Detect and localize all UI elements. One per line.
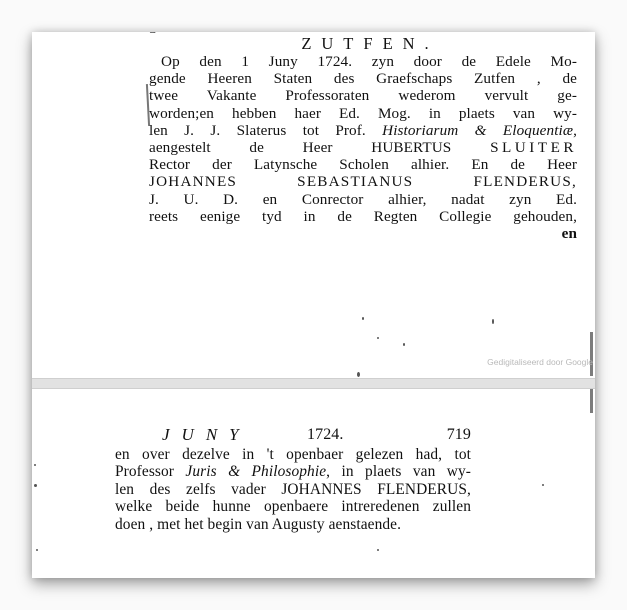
text-line: Op den 1 Juny 1724. zyn door de Edele Mo… <box>149 53 577 70</box>
text-line: len J. J. Slaterus tot Prof. Historiarum… <box>149 122 577 139</box>
page-edge-mark <box>590 332 593 376</box>
scan-speck <box>36 549 38 551</box>
scan-speck <box>357 372 360 377</box>
running-head-year: 1724. <box>307 424 344 446</box>
article-heading: ZUTFEN. <box>149 34 577 53</box>
running-head: JUNY 1724. 719 <box>115 424 471 446</box>
text-line: aengestelt de Heer HUBERTUS SLUITER <box>149 139 577 156</box>
book-viewer[interactable]: geene TIBERIUS HEMSTERHUIS. ZUTFEN. Op d… <box>32 32 595 578</box>
catchword: en <box>149 225 577 242</box>
person-name: SLUITER <box>490 139 577 156</box>
text-line: len des zelfs vader JOHANNES FLENDERUS, <box>115 481 471 498</box>
text-line: gende Heeren Staten des Graefschaps Zutf… <box>149 70 577 87</box>
scan-speck <box>492 319 494 324</box>
text-line: welke beide hunne openbaere intreredenen… <box>115 498 471 515</box>
page-separator <box>32 378 595 389</box>
scan-speck <box>542 484 544 486</box>
scan-speck <box>34 464 36 466</box>
text-line: JOHANNES SEBASTIANUS FLENDERUS, <box>149 173 577 190</box>
page-719: JUNY 1724. 719 en over dezelve in 't ope… <box>32 389 595 578</box>
page-number: 719 <box>447 424 471 446</box>
text-line: worden;en hebben haer Ed. Mog. in plaets… <box>149 105 577 122</box>
google-digitized-watermark: Gedigitaliseerd door Google <box>487 357 593 367</box>
article-zutfen: geene TIBERIUS HEMSTERHUIS. ZUTFEN. Op d… <box>149 32 577 242</box>
text-line: Rector der Latynsche Scholen alhier. En … <box>149 156 577 173</box>
article-continuation: JUNY 1724. 719 en over dezelve in 't ope… <box>115 424 471 533</box>
text-line: twee Vakante Professoraten wederom vervu… <box>149 87 577 104</box>
text-line: doen , met het begin van Augusty aenstae… <box>115 516 471 533</box>
page-718-fragment: geene TIBERIUS HEMSTERHUIS. ZUTFEN. Op d… <box>32 32 595 378</box>
page-edge-mark <box>590 389 593 413</box>
scan-speck <box>34 484 37 487</box>
scan-speck <box>403 343 405 346</box>
latin-title: Historiarum & Eloquentiæ <box>382 122 573 139</box>
scan-speck <box>377 549 379 551</box>
text-line: J. U. D. en Conrector alhier, nadat zyn … <box>149 191 577 208</box>
scan-speck <box>377 337 379 339</box>
text-line: Professor Juris & Philosophie, in plaets… <box>115 463 471 480</box>
scan-speck <box>362 317 364 320</box>
latin-title: Juris & Philosophie <box>185 463 326 480</box>
text-line: en over dezelve in 't openbaer gelezen h… <box>115 446 471 463</box>
text-line: reets eenige tyd in de Regten Collegie g… <box>149 208 577 225</box>
running-head-month: JUNY <box>162 424 251 446</box>
